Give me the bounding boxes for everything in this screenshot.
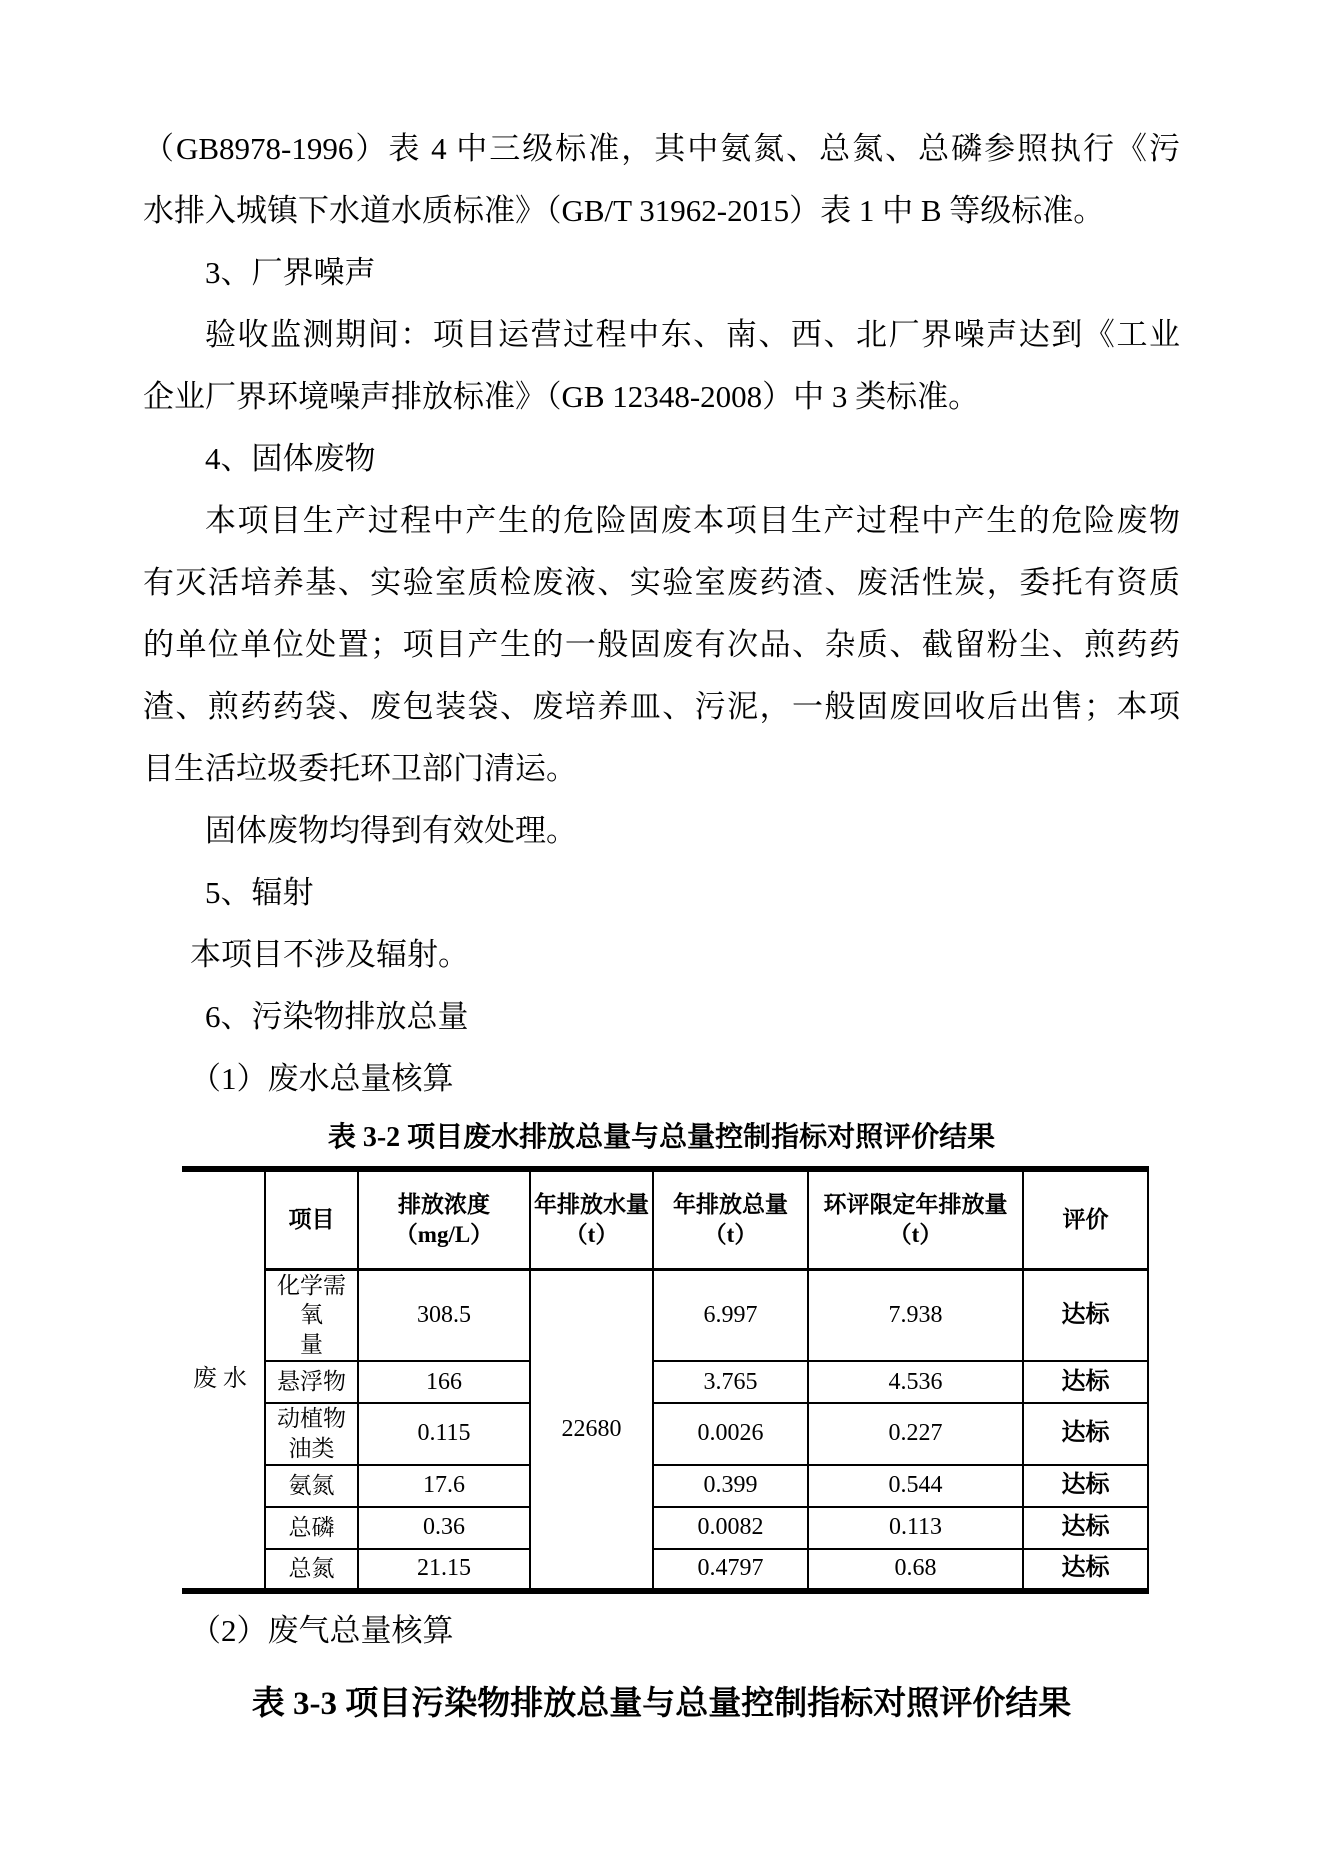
cell-concentration: 308.5 (358, 1269, 530, 1361)
subheading-waste-gas-accounting: （2）废气总量核算 (143, 1600, 1180, 1662)
document-page: （GB8978-1996）表 4 中三级标准，其中氨氮、总氮、总磷参照执行《污 … (0, 0, 1323, 1871)
cell-eia-limit: 0.544 (808, 1465, 1023, 1507)
paragraph-line-waste-conclusion: 固体废物均得到有效处理。 (143, 800, 1180, 862)
cell-eia-limit: 0.68 (808, 1549, 1023, 1591)
table-row: 悬浮物 166 3.765 4.536 达标 (182, 1361, 1148, 1403)
paragraph-line-noise-2: 企业厂界环境噪声排放标准》（GB 12348-2008）中 3 类标准。 (143, 366, 1180, 428)
cell-concentration: 0.115 (358, 1403, 530, 1465)
cell-item: 动植物 油类 (265, 1403, 358, 1465)
cell-concentration: 166 (358, 1361, 530, 1403)
subheading-wastewater-accounting: （1）废水总量核算 (143, 1048, 1180, 1110)
header-concentration: 排放浓度 （mg/L） (358, 1169, 530, 1269)
table-row: 氨氮 17.6 0.399 0.544 达标 (182, 1465, 1148, 1507)
cell-concentration: 17.6 (358, 1465, 530, 1507)
header-annual-water: 年排放水量 （t） (530, 1169, 653, 1269)
cell-item: 总氮 (265, 1549, 358, 1591)
paragraph-line-waste-1: 本项目生产过程中产生的危险固废本项目生产过程中产生的危险废物 (143, 490, 1180, 552)
cell-concentration: 0.36 (358, 1507, 530, 1549)
cell-annual-total: 3.765 (653, 1361, 808, 1403)
header-evaluation: 评价 (1023, 1169, 1148, 1269)
table-row: 化学需氧 量 308.5 22680 6.997 7.938 达标 (182, 1269, 1148, 1361)
cell-annual-water-merged: 22680 (530, 1269, 653, 1591)
cell-eia-limit: 0.113 (808, 1507, 1023, 1549)
cell-item: 化学需氧 量 (265, 1269, 358, 1361)
cell-item: 悬浮物 (265, 1361, 358, 1403)
cell-evaluation: 达标 (1023, 1361, 1148, 1403)
paragraph-line-waste-2: 有灭活培养基、实验室质检废液、实验室废药渣、废活性炭，委托有资质 (143, 552, 1180, 614)
paragraph-line-waste-5: 目生活垃圾委托环卫部门清运。 (143, 738, 1180, 800)
cell-eia-limit: 0.227 (808, 1403, 1023, 1465)
table-row: 动植物 油类 0.115 0.0026 0.227 达标 (182, 1403, 1148, 1465)
cell-evaluation: 达标 (1023, 1507, 1148, 1549)
paragraph-line-standard-ref: （GB8978-1996）表 4 中三级标准，其中氨氮、总氮、总磷参照执行《污 (143, 118, 1180, 180)
paragraph-line-waste-3: 的单位单位处置；项目产生的一般固废有次品、杂质、截留粉尘、煎药药 (143, 614, 1180, 676)
cell-annual-total: 0.4797 (653, 1549, 808, 1591)
table-row: 总磷 0.36 0.0082 0.113 达标 (182, 1507, 1148, 1549)
header-item: 项目 (265, 1169, 358, 1269)
cell-item: 氨氮 (265, 1465, 358, 1507)
cell-eia-limit: 7.938 (808, 1269, 1023, 1361)
paragraph-line-noise-1: 验收监测期间：项目运营过程中东、南、西、北厂界噪声达到《工业 (143, 304, 1180, 366)
table-3-2: 废水 项目 排放浓度 （mg/L） 年排放水量 （t） 年排放总量 （t） 环评… (182, 1166, 1149, 1594)
heading-boundary-noise: 3、厂界噪声 (143, 242, 1180, 304)
cell-annual-total: 0.0082 (653, 1507, 808, 1549)
cell-concentration: 21.15 (358, 1549, 530, 1591)
header-eia-limit: 环评限定年排放量 （t） (808, 1169, 1023, 1269)
cell-evaluation: 达标 (1023, 1549, 1148, 1591)
header-annual-total: 年排放总量 （t） (653, 1169, 808, 1269)
wastewater-group-label: 废水 (182, 1169, 265, 1591)
paragraph-line-waste-4: 渣、煎药药袋、废包装袋、废培养皿、污泥，一般固废回收后出售；本项 (143, 676, 1180, 738)
cell-evaluation: 达标 (1023, 1403, 1148, 1465)
heading-solid-waste: 4、固体废物 (143, 428, 1180, 490)
cell-evaluation: 达标 (1023, 1465, 1148, 1507)
cell-annual-total: 0.0026 (653, 1403, 808, 1465)
cell-annual-total: 0.399 (653, 1465, 808, 1507)
heading-total-emissions: 6、污染物排放总量 (143, 986, 1180, 1048)
paragraph-line-standard-ref-end: 水排入城镇下水道水质标准》（GB/T 31962-2015）表 1 中 B 等级… (143, 180, 1180, 242)
table-3-3-title: 表 3-3 项目污染物排放总量与总量控制指标对照评价结果 (143, 1672, 1180, 1736)
paragraph-line-radiation: 本项目不涉及辐射。 (143, 924, 1180, 986)
table-3-2-title: 表 3-2 项目废水排放总量与总量控制指标对照评价结果 (143, 1110, 1180, 1166)
cell-item: 总磷 (265, 1507, 358, 1549)
cell-eia-limit: 4.536 (808, 1361, 1023, 1403)
table-row: 总氮 21.15 0.4797 0.68 达标 (182, 1549, 1148, 1591)
table-header-row: 废水 项目 排放浓度 （mg/L） 年排放水量 （t） 年排放总量 （t） 环评… (182, 1169, 1148, 1269)
cell-annual-total: 6.997 (653, 1269, 808, 1361)
cell-evaluation: 达标 (1023, 1269, 1148, 1361)
heading-radiation: 5、辐射 (143, 862, 1180, 924)
page-content: （GB8978-1996）表 4 中三级标准，其中氨氮、总氮、总磷参照执行《污 … (143, 118, 1180, 1736)
